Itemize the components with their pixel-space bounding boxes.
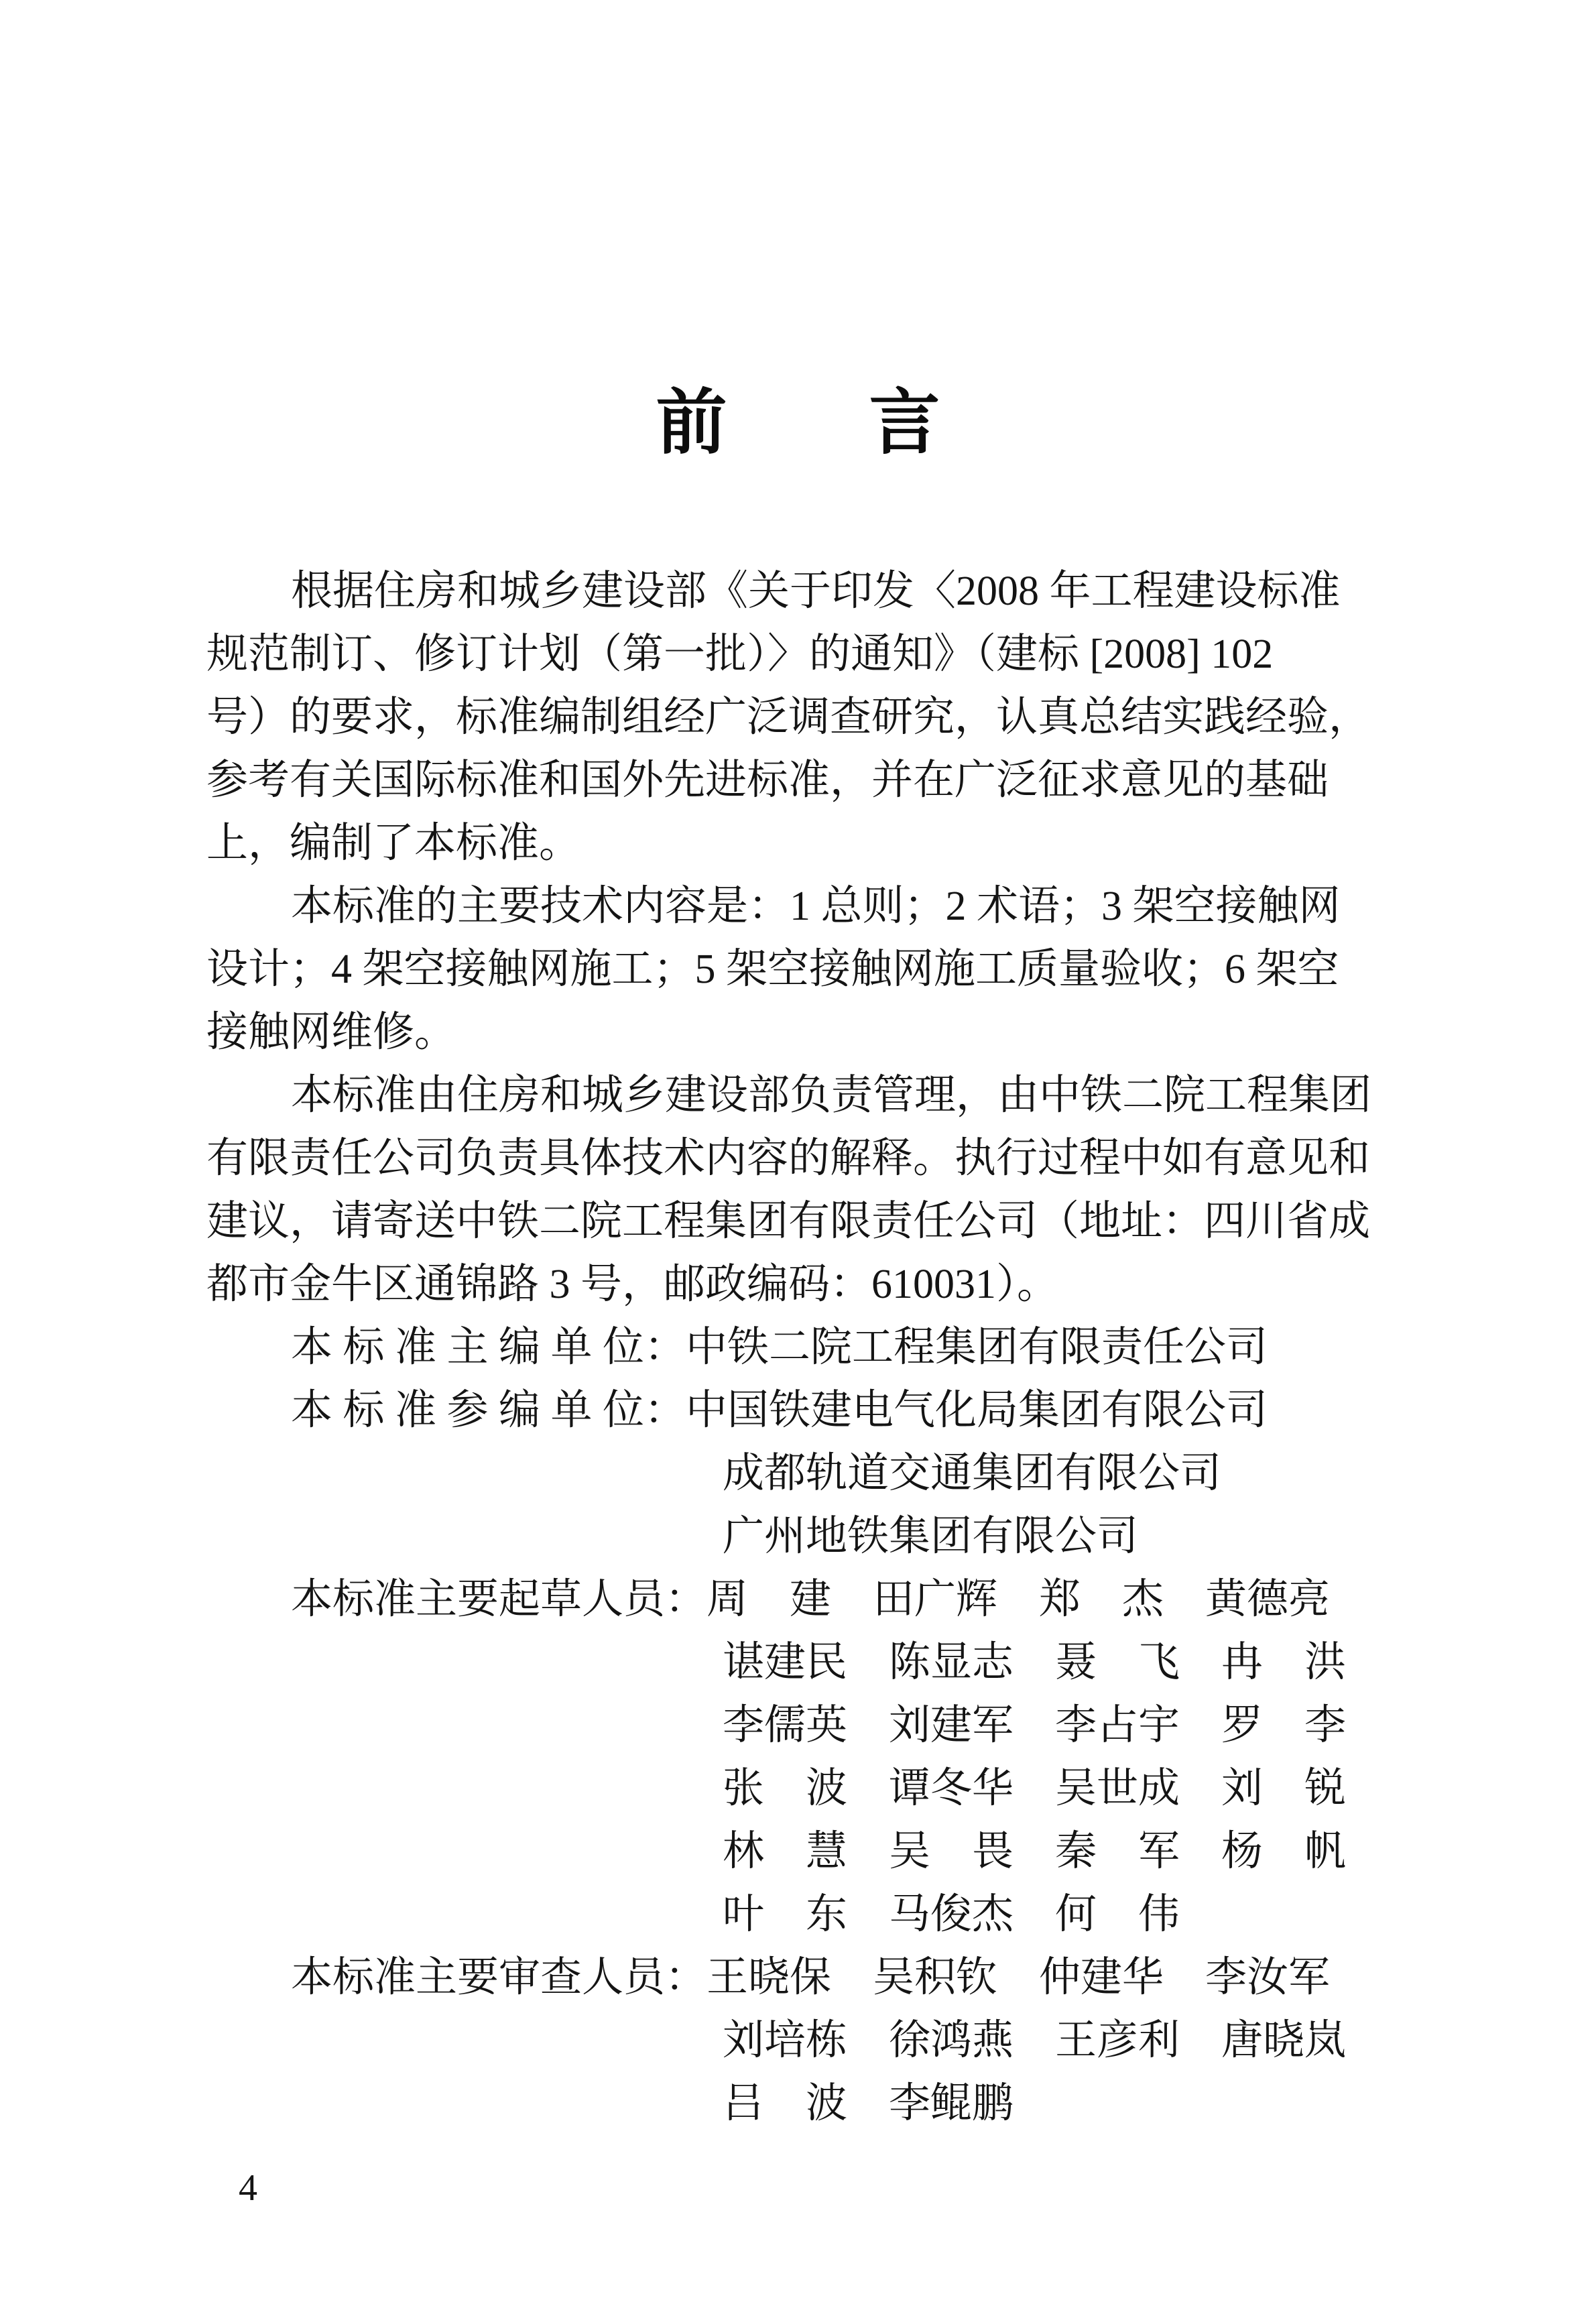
drafter-names-line: 张 波 谭冬华 吴世成 刘 锐 bbox=[206, 1757, 1413, 1820]
page-title: 前 言 bbox=[0, 383, 1596, 464]
participating-unit-line: 广州地铁集团有限公司 bbox=[206, 1505, 1413, 1568]
drafter-names-line: 谌建民 陈显志 聂 飞 冉 洪 bbox=[206, 1631, 1413, 1694]
drafter-names-line: 本标准主要起草人员：周 建 田广辉 郑 杰 黄德亮 bbox=[206, 1568, 1413, 1631]
text-line: 参考有关国际标准和国外先进标准，并在广泛征求意见的基础 bbox=[206, 749, 1413, 812]
document-body: 根据住房和城乡建设部《关于印发〈2008 年工程建设标准 规范制订、修订计划（第… bbox=[206, 560, 1413, 2135]
document-page: 前 言 根据住房和城乡建设部《关于印发〈2008 年工程建设标准 规范制订、修订… bbox=[0, 0, 1596, 2310]
chief-editor-unit-line: 本 标 准 主 编 单 位：中铁二院工程集团有限责任公司 bbox=[206, 1316, 1413, 1379]
text-line: 建议，请寄送中铁二院工程集团有限责任公司（地址：四川省成 bbox=[206, 1190, 1413, 1253]
text-line: 都市金牛区通锦路 3 号，邮政编码：610031）。 bbox=[206, 1253, 1413, 1316]
reviewer-names-line: 刘培栋 徐鸿燕 王彦利 唐晓岚 bbox=[206, 2009, 1413, 2072]
drafter-names-line: 林 慧 吴 畏 秦 军 杨 帆 bbox=[206, 1820, 1413, 1883]
drafter-names-line: 叶 东 马俊杰 何 伟 bbox=[206, 1883, 1413, 1946]
text-line: 接触网维修。 bbox=[206, 1001, 1413, 1064]
text-line: 设计；4 架空接触网施工；5 架空接触网施工质量验收；6 架空 bbox=[206, 938, 1413, 1001]
participating-unit-line: 成都轨道交通集团有限公司 bbox=[206, 1442, 1413, 1505]
text-line: 上，编制了本标准。 bbox=[206, 812, 1413, 875]
participating-unit-line: 本 标 准 参 编 单 位：中国铁建电气化局集团有限公司 bbox=[206, 1379, 1413, 1442]
reviewer-names-line: 本标准主要审查人员：王晓保 吴积钦 仲建华 李汝军 bbox=[206, 1946, 1413, 2009]
text-line: 规范制订、修订计划（第一批）〉的通知》（建标 [2008] 102 bbox=[206, 623, 1413, 686]
reviewer-names-line: 吕 波 李鲲鹏 bbox=[206, 2072, 1413, 2135]
text-line: 号）的要求，标准编制组经广泛调查研究，认真总结实践经验， bbox=[206, 686, 1413, 749]
text-line: 根据住房和城乡建设部《关于印发〈2008 年工程建设标准 bbox=[206, 560, 1413, 623]
page-number: 4 bbox=[239, 2168, 257, 2208]
text-line: 本标准由住房和城乡建设部负责管理，由中铁二院工程集团 bbox=[206, 1064, 1413, 1127]
drafter-names-line: 李儒英 刘建军 李占宇 罗 李 bbox=[206, 1694, 1413, 1757]
text-line: 本标准的主要技术内容是：1 总则；2 术语；3 架空接触网 bbox=[206, 875, 1413, 938]
text-line: 有限责任公司负责具体技术内容的解释。执行过程中如有意见和 bbox=[206, 1127, 1413, 1190]
